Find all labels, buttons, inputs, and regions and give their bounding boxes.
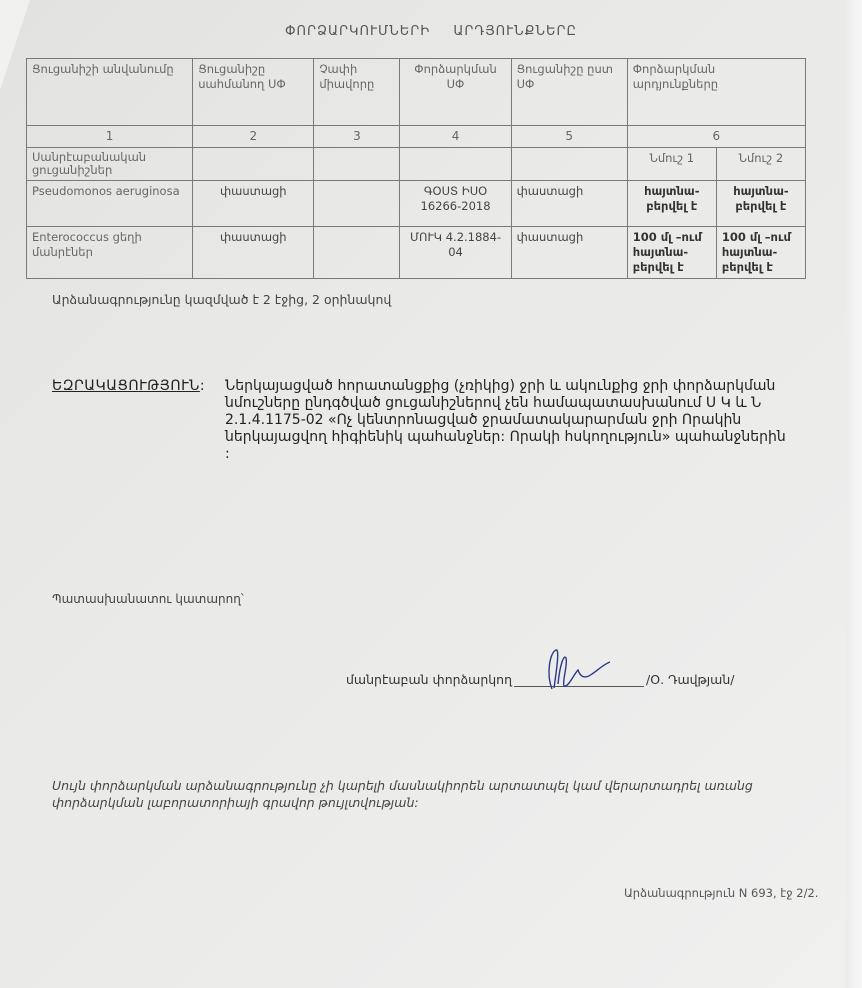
page-edge	[846, 0, 862, 988]
unit	[314, 227, 400, 279]
table-row: Pseudomonos aeruginosa փաստացի ԳՕՍՏ ԻՍՕ …	[27, 181, 806, 227]
column-number: 2	[193, 126, 314, 148]
test-standard: ՄՈՒԿ 4.2.1884-04	[400, 227, 511, 279]
value-per-standard: փաստացի	[511, 227, 627, 279]
indicator-name: Enterococcus ցեղի մանրէներ	[27, 227, 193, 279]
conclusion-block: ԵԶՐԱԿԱՑՈՒԹՅՈՒՆ: Ներկայացված հորատանցքից …	[52, 378, 792, 463]
sample-1-result: հայտնա-բերվել է	[627, 181, 716, 227]
conclusion-label: ԵԶՐԱԿԱՑՈՒԹՅՈՒՆ	[52, 378, 200, 394]
header-unit: Չափի միավորը	[314, 59, 400, 126]
signer-role: մանրէաբան փորձարկող	[346, 672, 512, 687]
header-test-standard: Փորձարկման ՍՓ	[400, 59, 511, 126]
column-number: 4	[400, 126, 511, 148]
disclaimer: Սույն փորձարկման արձանագրությունը չի կար…	[52, 777, 792, 811]
pages-copies-note: Արձանագրությունը կազմված է 2 էջից, 2 օրի…	[52, 292, 391, 307]
document-title: ՓՈՐՁԱՐԿՈՒՄՆԵՐԻ ԱՐԴՅՈՒՆՔՆԵՐԸ	[0, 24, 862, 39]
signature-row: մանրէաբան փորձարկող /Օ. Դավթյան/	[346, 672, 735, 687]
column-number-row: 1 2 3 4 5 6	[27, 126, 806, 148]
signer-name: /Օ. Դավթյան/	[646, 672, 734, 687]
table-header-row: Ցուցանիշի անվանումը Ցուցանիշը սահմանող Ս…	[27, 59, 806, 126]
responsible-label: Պատասխանատու կատարող՝	[52, 592, 244, 606]
header-test-results: Փորձարկման արդյունքները	[627, 59, 805, 126]
defining-standard: փաստացի	[193, 181, 314, 227]
section-label: Սանրէաբանական ցուցանիշներ	[27, 148, 193, 181]
test-standard: ԳՕՍՏ ԻՍՕ 16266-2018	[400, 181, 511, 227]
header-value-per-standard: Ցուցանիշը ըստ ՍՓ	[511, 59, 627, 126]
sample-2-header: Նմուշ 2	[716, 148, 805, 181]
sample-1-header: Նմուշ 1	[627, 148, 716, 181]
defining-standard: փաստացի	[193, 227, 314, 279]
table-row: Enterococcus ցեղի մանրէներ փաստացի ՄՈՒԿ …	[27, 227, 806, 279]
results-table: Ցուցանիշի անվանումը Ցուցանիշը սահմանող Ս…	[26, 58, 806, 279]
section-row: Սանրէաբանական ցուցանիշներ Նմուշ 1 Նմուշ …	[27, 148, 806, 181]
sample-2-result: հայտնա-բերվել է	[716, 181, 805, 227]
column-number: 1	[27, 126, 193, 148]
indicator-name: Pseudomonos aeruginosa	[27, 181, 193, 227]
sample-1-result: 100 մլ –ում հայտնա-բերվել է	[627, 227, 716, 279]
unit	[314, 181, 400, 227]
signature-line	[514, 672, 644, 687]
page-footer: Արձանագրություն N 693, էջ 2/2.	[624, 886, 818, 900]
sample-2-result: 100 մլ –ում հայտնա-բերվել է	[716, 227, 805, 279]
column-number: 5	[511, 126, 627, 148]
header-indicator-name: Ցուցանիշի անվանումը	[27, 59, 193, 126]
value-per-standard: փաստացի	[511, 181, 627, 227]
header-defining-standard: Ցուցանիշը սահմանող ՍՓ	[193, 59, 314, 126]
column-number: 3	[314, 126, 400, 148]
column-number: 6	[627, 126, 805, 148]
signature-icon	[534, 644, 614, 694]
